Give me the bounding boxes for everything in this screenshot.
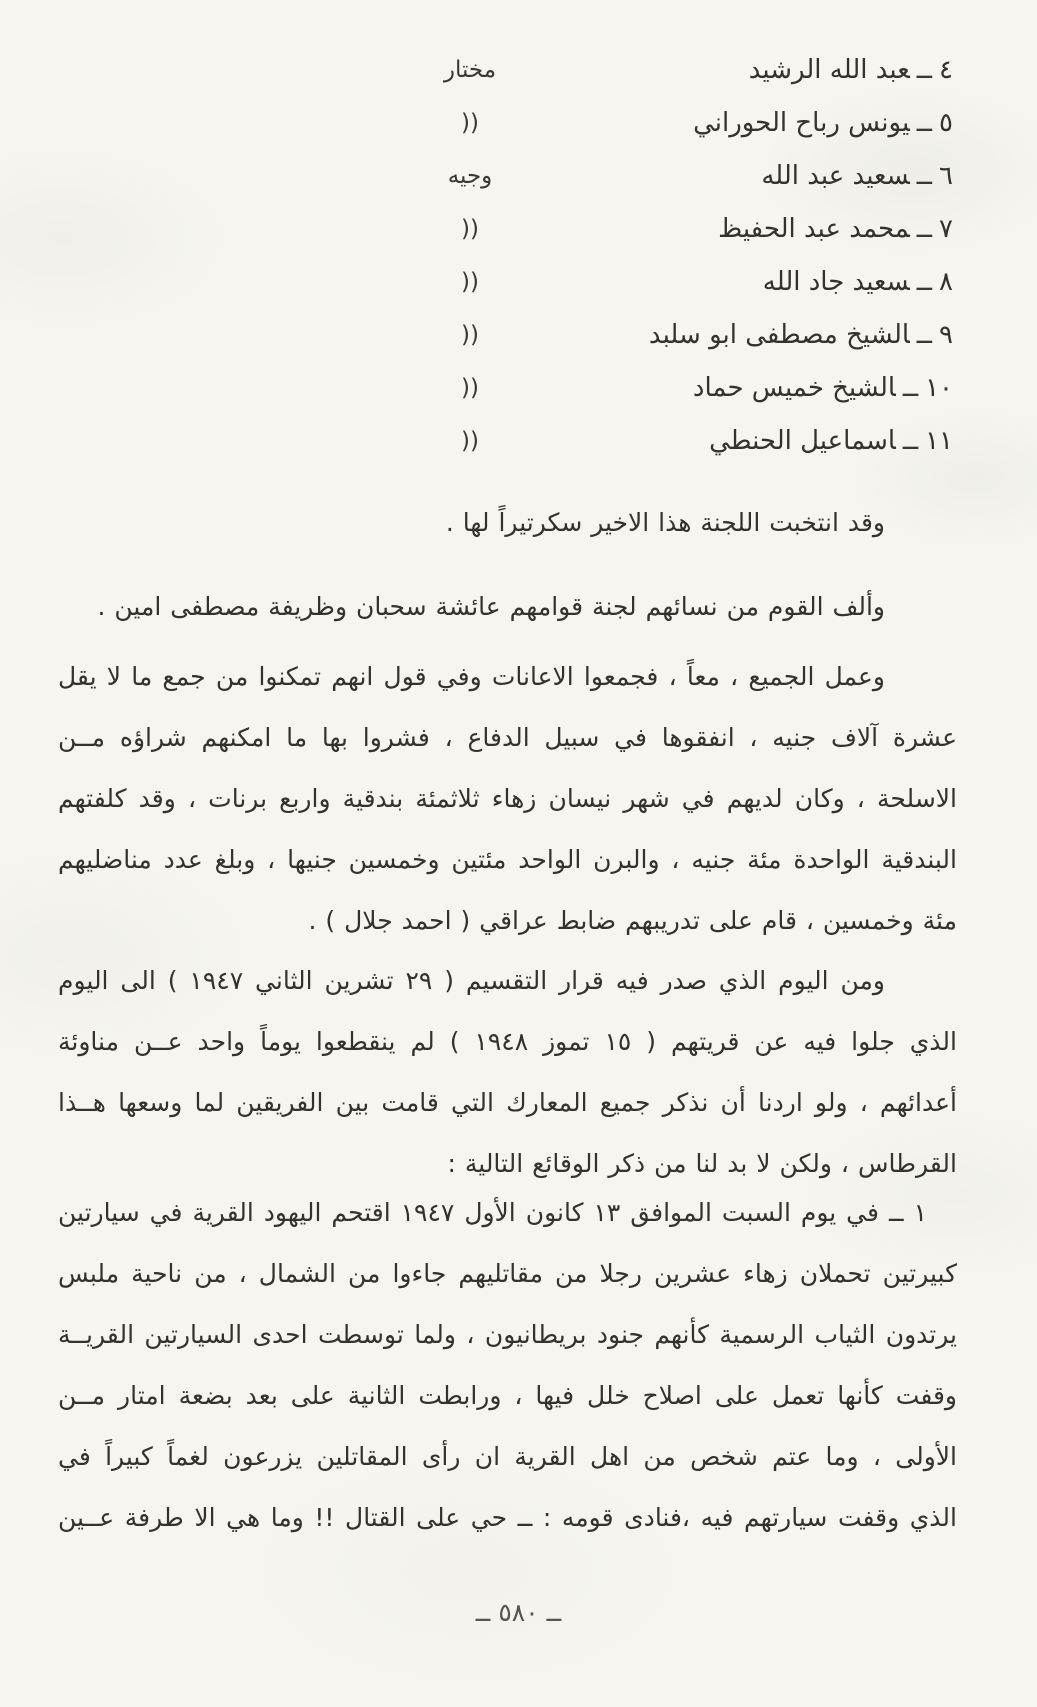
paragraph-partition-period: ومن اليوم الذي صدر فيه قرار التقسيم ( ٢٩…: [58, 950, 957, 1194]
text-line: مئة وخمسين ، قام على تدريبهم ضابط عراقي …: [58, 890, 957, 951]
text-line: البندقية الواحدة مئة جنيه ، والبرن الواح…: [58, 829, 957, 890]
roster-role-ditto: )): [410, 362, 530, 415]
roster-dash: ــ: [917, 108, 932, 138]
roster-row: ٦ــسعيد عبد الله وجيه: [58, 150, 953, 203]
roster-name: سعيد عبد الله: [761, 161, 909, 191]
roster-entry: ٤ــعبد الله الرشيد: [749, 44, 953, 97]
roster-role-ditto: )): [410, 415, 530, 468]
roster-role-ditto: )): [410, 203, 530, 256]
roster-name: الشيخ خميس حماد: [693, 373, 896, 403]
text-line: الذي جلوا فيه عن قريتهم ( ١٥ تموز ١٩٤٨ )…: [58, 1011, 957, 1072]
roster-name: يونس رباح الحوراني: [693, 108, 910, 138]
roster-dash: ــ: [917, 214, 932, 244]
roster-entry: ١١ــاسماعيل الحنطي: [709, 415, 953, 468]
notables-roster: ٤ــعبد الله الرشيد مختار ٥ــيونس رباح ال…: [58, 44, 953, 468]
roster-entry: ٦ــسعيد عبد الله: [761, 150, 953, 203]
roster-entry: ٧ــمحمد عبد الحفيظ: [718, 203, 953, 256]
roster-entry: ٨ــسعيد جاد الله: [763, 256, 953, 309]
roster-row: ٨ــسعيد جاد الله )): [58, 256, 953, 309]
text-line: كبيرتين تحملان زهاء عشرين رجلا من مقاتلي…: [58, 1243, 957, 1304]
roster-number: ٩: [939, 320, 953, 350]
roster-name: الشيخ مصطفى ابو سلبد: [649, 320, 910, 350]
roster-role: مختار: [410, 44, 530, 97]
text-line: وألف القوم من نسائهم لجنة قوامهم عائشة س…: [58, 576, 957, 637]
paragraph-donations-arms: وعمل الجميع ، معاً ، فجمعوا الاعانات وفي…: [58, 646, 957, 951]
roster-row: ١١ــاسماعيل الحنطي )): [58, 415, 953, 468]
text-line: الأولى ، وما عتم شخص من اهل القرية ان رأ…: [58, 1426, 957, 1487]
text-line: يرتدون الثياب الرسمية كأنهم جنود بريطاني…: [58, 1304, 957, 1365]
text-line: عشرة آلاف جنيه ، انفقوها في سبيل الدفاع …: [58, 707, 957, 768]
page-number: ــ ٥٨٠ ــ: [0, 1598, 1037, 1627]
roster-role-ditto: )): [410, 97, 530, 150]
text-line: وقفت كأنها تعمل على اصلاح خلل فيها ، ورا…: [58, 1365, 957, 1426]
roster-row: ٥ــيونس رباح الحوراني )): [58, 97, 953, 150]
roster-number: ٨: [939, 267, 953, 297]
roster-dash: ــ: [903, 373, 918, 403]
roster-role-ditto: )): [410, 256, 530, 309]
paragraph-secretary: وقد انتخبت اللجنة هذا الاخير سكرتيراً له…: [58, 492, 957, 553]
roster-row: ٩ــالشيخ مصطفى ابو سلبد )): [58, 309, 953, 362]
roster-entry: ٩ــالشيخ مصطفى ابو سلبد: [649, 309, 953, 362]
roster-number: ٤: [939, 55, 953, 85]
roster-dash: ــ: [917, 267, 932, 297]
roster-dash: ــ: [917, 320, 932, 350]
roster-row: ١٠ــالشيخ خميس حماد )): [58, 362, 953, 415]
roster-number: ١٠: [925, 373, 953, 403]
roster-entry: ٥ــيونس رباح الحوراني: [693, 97, 953, 150]
roster-role: وجيه: [410, 150, 530, 203]
roster-dash: ــ: [903, 426, 918, 456]
roster-row: ٧ــمحمد عبد الحفيظ )): [58, 203, 953, 256]
roster-name: عبد الله الرشيد: [749, 55, 910, 85]
roster-row: ٤ــعبد الله الرشيد مختار: [58, 44, 953, 97]
roster-number: ١١: [925, 426, 953, 456]
text-line: أعدائهم ، ولو اردنا أن نذكر جميع المعارك…: [58, 1072, 957, 1133]
paragraph-women-committee: وألف القوم من نسائهم لجنة قوامهم عائشة س…: [58, 576, 957, 637]
roster-name: اسماعيل الحنطي: [709, 426, 896, 456]
roster-role-ditto: )): [410, 309, 530, 362]
text-line: ومن اليوم الذي صدر فيه قرار التقسيم ( ٢٩…: [58, 950, 957, 1011]
text-line: ١ ــ في يوم السبت الموافق ١٣ كانون الأول…: [58, 1182, 957, 1243]
roster-name: سعيد جاد الله: [763, 267, 910, 297]
roster-dash: ــ: [917, 55, 932, 85]
paragraph-incident-december-1947: ١ ــ في يوم السبت الموافق ١٣ كانون الأول…: [58, 1182, 957, 1548]
roster-entry: ١٠ــالشيخ خميس حماد: [693, 362, 953, 415]
text-line: وعمل الجميع ، معاً ، فجمعوا الاعانات وفي…: [58, 646, 957, 707]
text-line: الذي وقفت سيارتهم فيه ،فنادى قومه : ــ ح…: [58, 1487, 957, 1548]
roster-name: محمد عبد الحفيظ: [718, 214, 910, 244]
roster-number: ٧: [939, 214, 953, 244]
roster-number: ٦: [939, 161, 953, 191]
scanned-book-page: ٤ــعبد الله الرشيد مختار ٥ــيونس رباح ال…: [0, 0, 1037, 1707]
text-line: وقد انتخبت اللجنة هذا الاخير سكرتيراً له…: [58, 492, 957, 553]
text-line: الاسلحة ، وكان لديهم في شهر نيسان زهاء ث…: [58, 768, 957, 829]
roster-dash: ــ: [917, 161, 932, 191]
roster-number: ٥: [939, 108, 953, 138]
